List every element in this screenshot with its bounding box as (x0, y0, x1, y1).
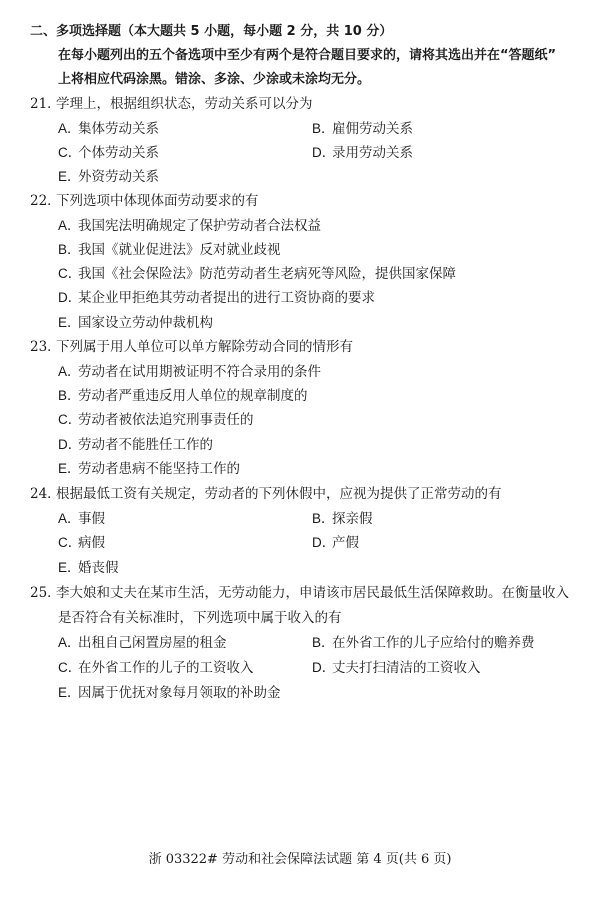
option-text: 录用劳动关系 (332, 145, 413, 161)
option-label: B． (58, 386, 78, 406)
page-footer: 浙 03322# 劳动和社会保障法试题 第 4 页(共 6 页) (0, 848, 600, 867)
option-text: 出租自己闲置房屋的租金 (78, 635, 227, 651)
option-22-e[interactable]: E．国家设立劳动仲裁机构 (58, 313, 213, 333)
option-label: E． (58, 558, 78, 578)
option-text: 个体劳动关系 (78, 145, 159, 161)
question-text: 下列属于用人单位可以单方解除劳动合同的情形有 (56, 339, 353, 355)
option-text: 产假 (332, 535, 359, 551)
option-label: E． (58, 459, 78, 479)
question-text: 李大娘和丈夫在某市生活，无劳动能力，申请该市居民最低生活保障救助。在衡量收入 (56, 585, 569, 601)
option-24-e[interactable]: E．婚丧假 (58, 558, 119, 578)
section-instructions-line1: 在每小题列出的五个备选项中至少有两个是符合题目要求的，请将其选出并在“答题纸” (58, 46, 556, 66)
question-text: 下列选项中体现体面劳动要求的有 (56, 193, 259, 209)
question-25-stem: 25．李大娘和丈夫在某市生活，无劳动能力，申请该市居民最低生活保障救助。在衡量收… (30, 583, 569, 603)
option-24-b[interactable]: B．探亲假 (312, 509, 373, 529)
option-25-c[interactable]: C．在外省工作的儿子的工资收入 (58, 658, 254, 678)
option-22-a[interactable]: A．我国宪法明确规定了保护劳动者合法权益 (58, 216, 321, 236)
option-label: D． (58, 288, 78, 308)
option-23-a[interactable]: A．劳动者在试用期被证明不符合录用的条件 (58, 362, 321, 382)
option-label: C． (58, 410, 78, 430)
option-text: 我国《社会保险法》防范劳动者生老病死等风险，提供国家保障 (78, 266, 456, 282)
option-text: 在外省工作的儿子的工资收入 (78, 660, 254, 676)
option-25-a[interactable]: A．出租自己闲置房屋的租金 (58, 633, 227, 653)
option-label: E． (58, 167, 78, 187)
option-label: C． (58, 533, 78, 553)
option-text: 劳动者不能胜任工作的 (78, 437, 213, 453)
question-text: 学理上，根据组织状态，劳动关系可以分为 (56, 96, 313, 112)
option-22-c[interactable]: C．我国《社会保险法》防范劳动者生老病死等风险，提供国家保障 (58, 264, 456, 284)
option-text: 探亲假 (332, 511, 373, 527)
option-label: B． (312, 119, 332, 139)
question-number: 22． (30, 191, 56, 211)
option-text: 集体劳动关系 (78, 121, 159, 137)
question-22-stem: 22．下列选项中体现体面劳动要求的有 (30, 191, 259, 211)
section-title: 二、多项选择题（本大题共 5 小题，每小题 2 分，共 10 分） (30, 22, 392, 42)
option-22-d[interactable]: D．某企业甲拒绝其劳动者提出的进行工资协商的要求 (58, 288, 375, 308)
option-23-c[interactable]: C．劳动者被依法追究刑事责任的 (58, 410, 254, 430)
option-label: A． (58, 362, 78, 382)
option-label: B． (312, 633, 332, 653)
option-label: E． (58, 683, 78, 703)
option-text: 劳动者严重违反用人单位的规章制度的 (78, 388, 308, 404)
option-label: D． (312, 143, 332, 163)
option-text: 雇佣劳动关系 (332, 121, 413, 137)
option-23-b[interactable]: B．劳动者严重违反用人单位的规章制度的 (58, 386, 308, 406)
option-25-d[interactable]: D．丈夫打扫清洁的工资收入 (312, 658, 481, 678)
question-24-stem: 24．根据最低工资有关规定，劳动者的下列休假中，应视为提供了正常劳动的有 (30, 484, 502, 504)
option-text: 事假 (78, 511, 105, 527)
option-label: A． (58, 119, 78, 139)
option-22-b[interactable]: B．我国《就业促进法》反对就业歧视 (58, 240, 281, 260)
option-25-b[interactable]: B．在外省工作的儿子应给付的赡养费 (312, 633, 535, 653)
option-label: E． (58, 313, 78, 333)
option-24-d[interactable]: D．产假 (312, 533, 359, 553)
question-25-stem-line2: 是否符合有关标准时，下列选项中属于收入的有 (58, 608, 342, 628)
option-text: 因属于优抚对象每月领取的补助金 (78, 685, 281, 701)
option-label: D． (58, 435, 78, 455)
option-24-a[interactable]: A．事假 (58, 509, 105, 529)
option-label: D． (312, 533, 332, 553)
question-text: 根据最低工资有关规定，劳动者的下列休假中，应视为提供了正常劳动的有 (56, 486, 502, 502)
question-number: 21． (30, 94, 56, 114)
question-23-stem: 23．下列属于用人单位可以单方解除劳动合同的情形有 (30, 337, 353, 357)
option-text: 劳动者被依法追究刑事责任的 (78, 412, 254, 428)
option-label: C． (58, 143, 78, 163)
option-text: 婚丧假 (78, 560, 119, 576)
option-25-e[interactable]: E．因属于优抚对象每月领取的补助金 (58, 683, 281, 703)
option-text: 外资劳动关系 (78, 169, 159, 185)
option-label: D． (312, 658, 332, 678)
option-text: 病假 (78, 535, 105, 551)
option-label: A． (58, 509, 78, 529)
question-number: 24． (30, 484, 56, 504)
option-21-d[interactable]: D．录用劳动关系 (312, 143, 413, 163)
question-21-stem: 21．学理上，根据组织状态，劳动关系可以分为 (30, 94, 313, 114)
option-text: 在外省工作的儿子应给付的赡养费 (332, 635, 535, 651)
option-label: C． (58, 658, 78, 678)
option-text: 劳动者在试用期被证明不符合录用的条件 (78, 364, 321, 380)
option-label: B． (58, 240, 78, 260)
option-label: A． (58, 633, 78, 653)
option-text: 劳动者患病不能坚持工作的 (78, 461, 240, 477)
option-label: A． (58, 216, 78, 236)
option-23-e[interactable]: E．劳动者患病不能坚持工作的 (58, 459, 240, 479)
option-21-e[interactable]: E．外资劳动关系 (58, 167, 159, 187)
option-text: 某企业甲拒绝其劳动者提出的进行工资协商的要求 (78, 290, 375, 306)
option-24-c[interactable]: C．病假 (58, 533, 105, 553)
option-text: 丈夫打扫清洁的工资收入 (332, 660, 481, 676)
option-text: 我国宪法明确规定了保护劳动者合法权益 (78, 218, 321, 234)
option-21-a[interactable]: A．集体劳动关系 (58, 119, 159, 139)
question-number: 25． (30, 583, 56, 603)
option-label: C． (58, 264, 78, 284)
question-number: 23． (30, 337, 56, 357)
section-instructions-line2: 上将相应代码涂黑。错涂、多涂、少涂或未涂均无分。 (58, 70, 370, 90)
option-text: 我国《就业促进法》反对就业歧视 (78, 242, 281, 258)
option-21-b[interactable]: B．雇佣劳动关系 (312, 119, 413, 139)
option-23-d[interactable]: D．劳动者不能胜任工作的 (58, 435, 213, 455)
option-text: 国家设立劳动仲裁机构 (78, 315, 213, 331)
option-label: B． (312, 509, 332, 529)
option-21-c[interactable]: C．个体劳动关系 (58, 143, 159, 163)
